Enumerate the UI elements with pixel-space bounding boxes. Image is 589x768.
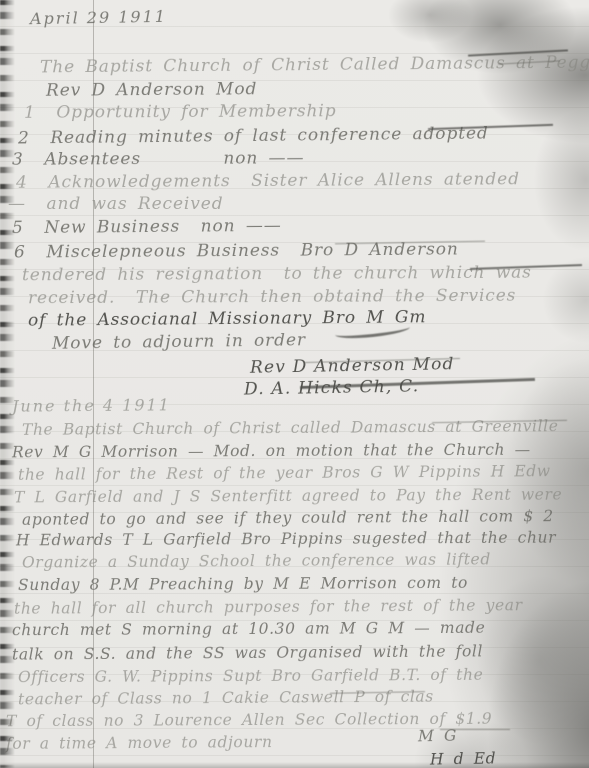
handwritten-line: aponted to go and see if they could rent…	[22, 507, 554, 529]
handwritten-line: 2 Reading minutes of last conference ado…	[18, 124, 489, 149]
handwritten-line: H Edwards T L Garfield Bro Pippins suges…	[16, 529, 556, 550]
handwritten-line: 5 New Business non ——	[12, 216, 282, 238]
handwritten-line: Officers G. W. Pippins Supt Bro Garfield…	[18, 666, 483, 686]
handwritten-line: received. The Church then obtaind the Se…	[28, 286, 516, 309]
scan-edge-artifact	[0, 0, 15, 768]
handwritten-line: Move to adjourn in order	[52, 330, 306, 354]
pen-flourish	[440, 729, 510, 730]
handwritten-line: teacher of Class no 1 Cakie Caswell P of…	[18, 688, 434, 709]
handwritten-line: for a time A move to adjourn	[6, 733, 273, 753]
handwritten-line: the hall for all church purposes for the…	[14, 596, 523, 618]
handwritten-line: Rev M G Morrison — Mod. on motion that t…	[12, 441, 531, 462]
handwritten-line: tendered his resignation to the church w…	[22, 263, 532, 286]
handwritten-line: 4 Acknowledgements Sister Alice Allens a…	[16, 169, 520, 193]
signature-clerk: D. A. Hicks Ch, C.	[244, 376, 420, 399]
handwritten-line: the hall for the Rest of the year Bros G…	[18, 462, 551, 484]
handwritten-line: 1 Opportunity for Membership	[24, 101, 337, 123]
entry1-date: April 29 1911	[30, 7, 167, 28]
scan-edge-artifact	[0, 762, 589, 768]
handwritten-line: Organize a Sunday School the conference …	[22, 550, 491, 571]
handwritten-line: Rev D Anderson Mod	[46, 79, 257, 100]
handwritten-line: The Baptist Church of Christ Called Dama…	[40, 53, 589, 78]
handwritten-line: Sunday 8 P.M Preaching by M E Morrison c…	[18, 574, 468, 594]
scanned-page: April 29 1911 The Baptist Church of Chri…	[0, 0, 589, 768]
handwritten-line: 3 Absentees non ——	[12, 148, 304, 170]
handwritten-line: T L Garfield and J S Senterfitt agreed t…	[14, 486, 562, 507]
handwritten-line: church met S morning at 10.30 am M G M —…	[12, 619, 485, 639]
entry2-date: June the 4 1911	[12, 395, 171, 415]
handwritten-line: — and was Received	[8, 194, 224, 214]
handwritten-line: talk on S.S. and the SS was Organised wi…	[12, 642, 483, 663]
signature-moderator: Rev D Anderson Mod	[250, 354, 455, 378]
